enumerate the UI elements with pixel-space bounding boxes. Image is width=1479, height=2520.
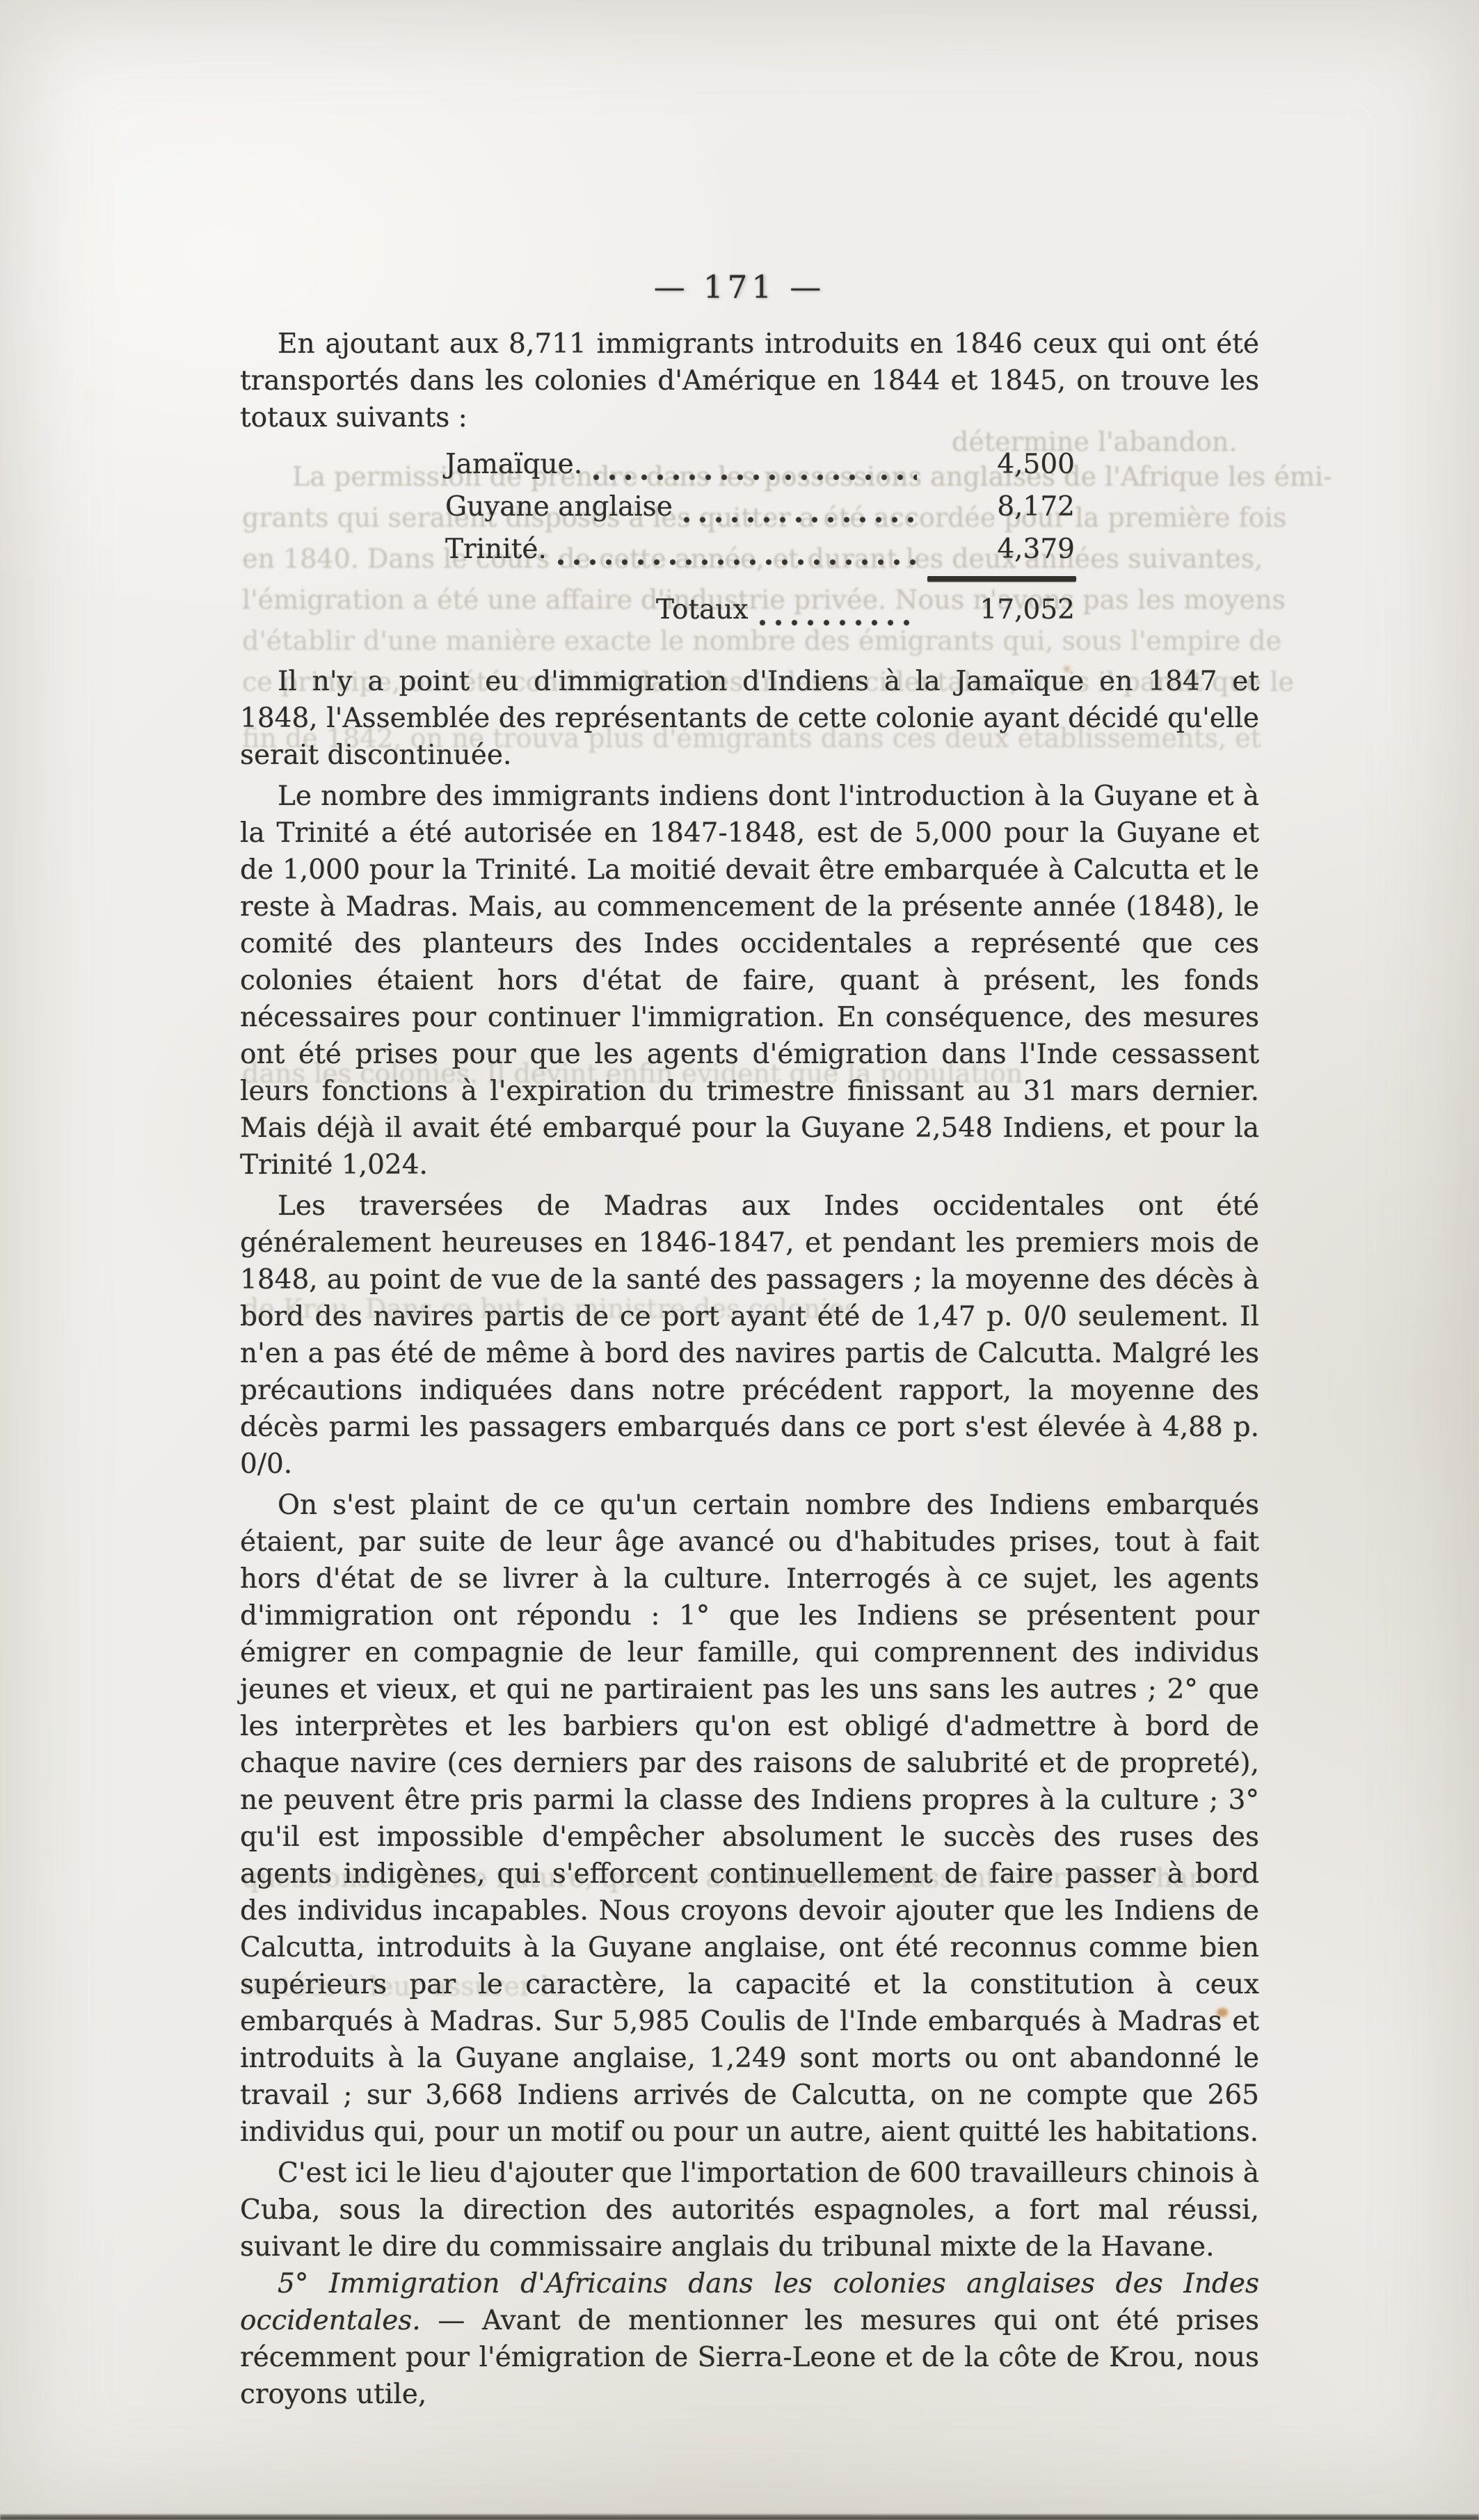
dot-leader — [758, 617, 917, 628]
paragraph-jamaica-discontinued: Il n'y a point eu d'immigration d'Indien… — [240, 663, 1259, 774]
table-row-jamaique: Jamaïque. 4,500 — [445, 446, 1075, 488]
paragraph-crossings-mortality: Les traversées de Madras aux Indes occid… — [240, 1188, 1259, 1483]
row-value: 8,172 — [925, 488, 1075, 525]
scanned-book-page: détermine l'abandon.La permission de pre… — [0, 0, 1479, 2520]
dot-leader — [557, 557, 917, 568]
totals-rule — [927, 576, 1076, 582]
totals-value: 17,052 — [925, 591, 1075, 628]
paragraph-authorized-numbers: Le nombre des immigrants indiens dont l'… — [240, 778, 1259, 1183]
row-label: Trinité. — [445, 531, 547, 568]
immigration-totals-table: Jamaïque. 4,500 Guyane anglaise 8,172 Tr… — [445, 446, 1075, 634]
row-value: 4,379 — [925, 531, 1075, 568]
row-label: Guyane anglaise — [445, 488, 673, 525]
section-heading-african-immigration: 5° Immigration d'Africains dans les colo… — [240, 2265, 1259, 2413]
paragraph-totals-intro: En ajoutant aux 8,711 immigrants introdu… — [240, 326, 1259, 436]
table-row-totaux: Totaux 17,052 — [445, 591, 1075, 634]
table-row-guyane: Guyane anglaise 8,172 — [445, 488, 1075, 531]
scan-edge-shadow — [0, 2514, 1479, 2520]
row-label: Jamaïque. — [445, 446, 582, 483]
row-value: 4,500 — [925, 446, 1075, 483]
paragraph-chinese-cuba: C'est ici le lieu d'ajouter que l'import… — [240, 2155, 1259, 2265]
table-row-trinite: Trinité. 4,379 — [445, 531, 1075, 573]
totals-label: Totaux — [656, 591, 749, 628]
paragraph-complaints-agents: On s'est plaint de ce qu'un certain nomb… — [240, 1487, 1259, 2151]
dot-leader — [592, 472, 917, 483]
page-text-block: En ajoutant aux 8,711 immigrants introdu… — [240, 326, 1259, 2413]
page-number: — 171 — — [0, 269, 1479, 305]
dot-leader — [682, 514, 917, 525]
